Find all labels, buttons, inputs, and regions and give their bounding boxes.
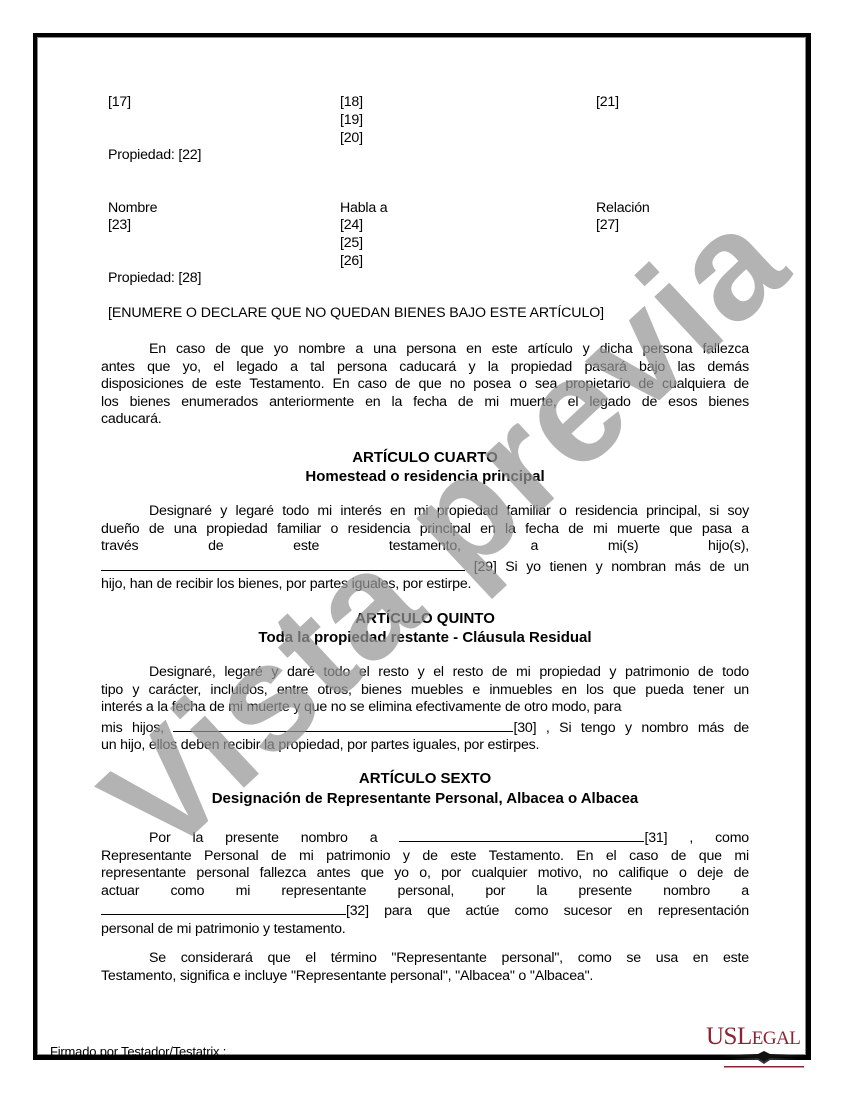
article6-title: ARTÍCULO SEXTO bbox=[101, 769, 749, 788]
table1-col1-item: [17] bbox=[108, 94, 131, 112]
article6-subtitle: Designación de Representante Personal, A… bbox=[101, 789, 749, 808]
article6-paragraph: Por la presente nombro a [31] , como Rep… bbox=[101, 827, 749, 938]
table2-col2-item: [25] bbox=[340, 235, 363, 253]
eagle-icon bbox=[706, 1048, 822, 1068]
table1-col2-item: [20] bbox=[340, 130, 363, 148]
article4-title: ARTÍCULO CUARTO bbox=[101, 448, 749, 467]
table2-col3-item: [27] bbox=[596, 217, 619, 235]
signature-label: Firmado por Testador/Testatrix : bbox=[50, 1044, 226, 1059]
definition-paragraph: Se considerará que el término "Represent… bbox=[101, 950, 749, 985]
table2-header-speaks-to: Habla a bbox=[340, 200, 388, 218]
table2-col1-item: [23] bbox=[108, 217, 131, 235]
instruction-text: [ENUMERE O DECLARE QUE NO QUEDAN BIENES … bbox=[108, 305, 604, 323]
table2-col2-item: [26] bbox=[340, 253, 363, 271]
table1-col2-item: [18] bbox=[340, 94, 363, 112]
table2-property: Propiedad: [28] bbox=[108, 270, 201, 288]
lapse-paragraph: En caso de que yo nombre a una persona e… bbox=[101, 341, 749, 429]
residual-heir-blank-field[interactable] bbox=[173, 717, 513, 732]
heir-blank-field[interactable] bbox=[101, 556, 465, 571]
article4-subtitle: Homestead o residencia principal bbox=[101, 467, 749, 486]
table1-col2-item: [19] bbox=[340, 112, 363, 130]
article5-title: ARTÍCULO QUINTO bbox=[101, 609, 749, 628]
table2-header-name: Nombre bbox=[108, 200, 157, 218]
representative-blank-field[interactable] bbox=[399, 827, 644, 842]
uslegal-logo: USLEGAL bbox=[706, 1024, 822, 1064]
article5-subtitle: Toda la propiedad restante - Cláusula Re… bbox=[101, 628, 749, 647]
signature-line[interactable] bbox=[255, 1058, 488, 1059]
table2-header-relation: Relación bbox=[596, 200, 650, 218]
successor-representative-blank-field[interactable] bbox=[101, 900, 346, 915]
table1-col3-item: [21] bbox=[596, 94, 619, 112]
article4-paragraph: Designaré y legaré todo mi interés en mi… bbox=[101, 503, 749, 594]
article5-paragraph: Designaré, legaré y daré todo el resto y… bbox=[101, 664, 749, 755]
table1-property: Propiedad: [22] bbox=[108, 147, 201, 165]
table2-col2-item: [24] bbox=[340, 217, 363, 235]
